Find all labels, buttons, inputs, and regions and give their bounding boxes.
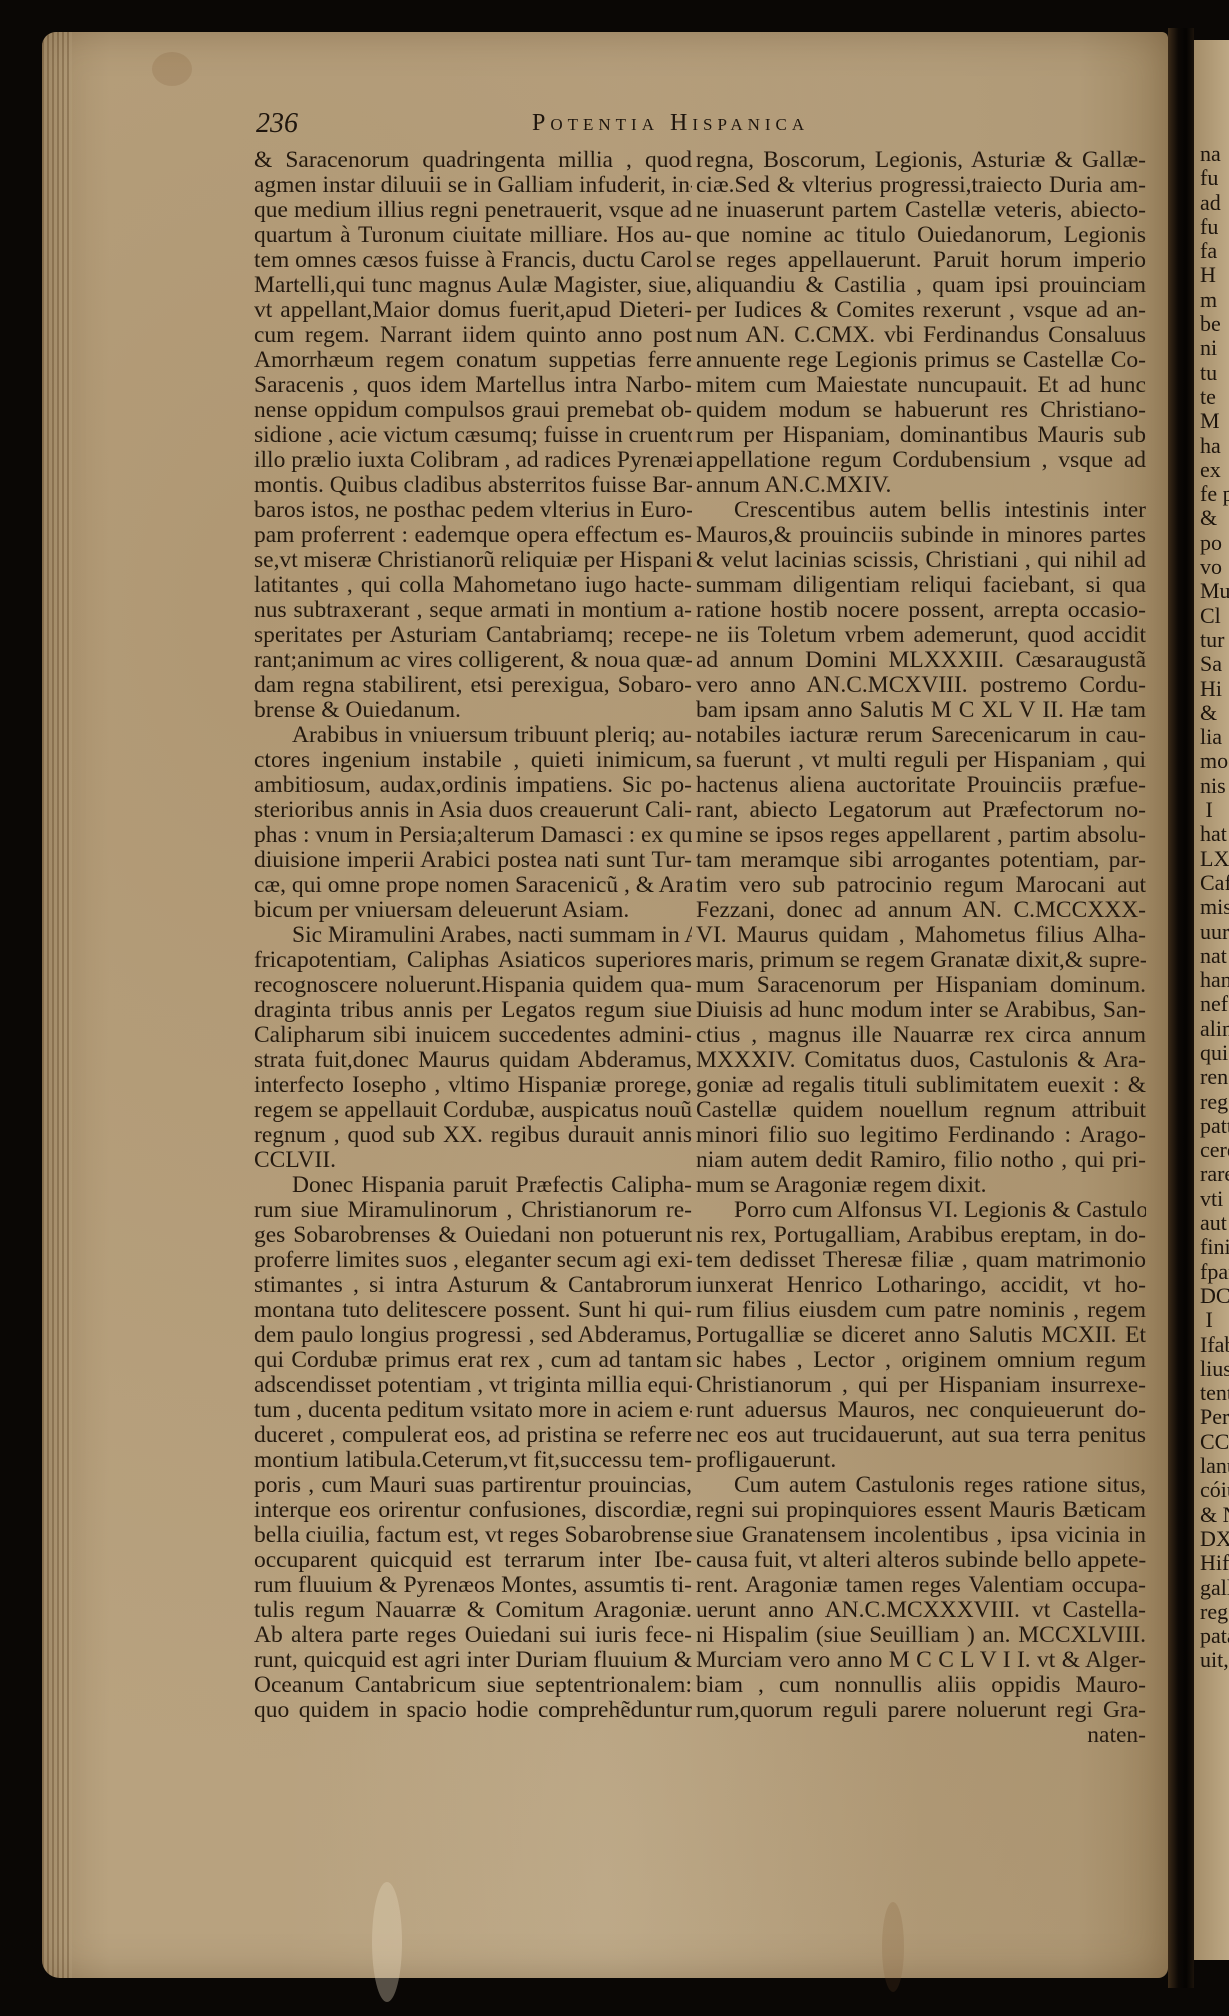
text-line: CCLVII.: [254, 1148, 692, 1173]
text-line: biam , cum nonnullis aliis oppidis Mauro…: [696, 1673, 1146, 1698]
text-line: sidione , acie victum cæsumq; fuisse in …: [254, 423, 692, 448]
text-line: diuisione imperii Arabici postea nati su…: [254, 848, 692, 873]
text-line: vt appellant,Maior domus fuerit,apud Die…: [254, 298, 692, 323]
text-line: occuparent quicquid est terrarum inter I…: [254, 1548, 692, 1573]
text-line: goniæ ad regalis tituli sublimitatem eue…: [696, 1073, 1146, 1098]
text-line: que medium illius regni penetrauerit, vs…: [254, 198, 692, 223]
text-line: proferre limites suos , eleganter secum …: [254, 1248, 692, 1273]
text-line: tem dedisset Theresæ filiæ , quam matrim…: [696, 1248, 1146, 1273]
text-line: uerunt anno AN.C.MCXXXVIII. vt Castella-: [696, 1598, 1146, 1623]
text-line: montana tuto delitescere possent. Sunt h…: [254, 1298, 692, 1323]
text-line: bicum per vniuersam deleuerunt Asiam.: [254, 898, 692, 923]
text-line: ni Hispalim (siue Seuilliam ) an. MCCXLV…: [696, 1623, 1146, 1648]
text-line: montis. Quibus cladibus absterritos fuis…: [254, 473, 692, 498]
left-text-column: & Saracenorum quadringenta millia , quod…: [254, 148, 692, 1723]
text-line: illo prælio iuxta Colibram , ad radices …: [254, 448, 692, 473]
text-line: sterioribus annis in Asia duos creauerun…: [254, 798, 692, 823]
text-line: tum , ducenta peditum vsitato more in ac…: [254, 1398, 692, 1423]
text-line: ges Sobarobrenses & Ouiedani non potueru…: [254, 1223, 692, 1248]
text-line: bam ipsam anno Salutis M C XL V II. Hæ t…: [696, 698, 1146, 723]
text-line: ctius , magnus ille Nauarræ rex circa an…: [696, 1023, 1146, 1048]
text-line: mum Saracenorum per Hispaniam dominum.: [696, 973, 1146, 998]
text-line: Arabibus in vniuersum tribuunt pleriq; a…: [254, 723, 692, 748]
text-line: maris, primum se regem Granatæ dixit,& s…: [696, 948, 1146, 973]
text-line: tam meramque sibi arrogantes potentiam, …: [696, 848, 1146, 873]
text-line: rum fluuium & Pyrenæos Montes, assumtis …: [254, 1573, 692, 1598]
text-line: Martelli,qui tunc magnus Aulæ Magister, …: [254, 273, 692, 298]
text-line: regem se appellauit Cordubæ, auspicatus …: [254, 1098, 692, 1123]
text-line: siue Granatensem incolentibus , ipsa vic…: [696, 1523, 1146, 1548]
text-line: mitem cum Maiestate nuncupauit. Et ad hu…: [696, 373, 1146, 398]
text-line: strata fuit,donec Maurus quidam Abderamu…: [254, 1048, 692, 1073]
text-line: Portugalliæ se diceret anno Salutis MCXI…: [696, 1323, 1146, 1348]
text-line: quidem modum se habuerunt res Christiano…: [696, 398, 1146, 423]
right-text-column: regna, Boscorum, Legionis, Asturiæ & Gal…: [696, 148, 1146, 1748]
page-edges: [42, 32, 72, 1978]
text-line: poris , cum Mauri suas partirentur proui…: [254, 1473, 692, 1498]
text-line: recognoscere noluerunt.Hispania quidem q…: [254, 973, 692, 998]
paper-stain: [882, 1902, 904, 1992]
text-line: draginta tribus annis per Legatos regum …: [254, 998, 692, 1023]
text-line: duceret , compulerat eos, ad pristina se…: [254, 1423, 692, 1448]
text-line: hactenus aliena auctoritate Prouinciis p…: [696, 773, 1146, 798]
text-line: dam regna stabilirent, etsi perexigua, S…: [254, 673, 692, 698]
adjacent-page-fragment: na fu ad fu fa H m be ni tu te M ha ex f…: [1194, 40, 1229, 1960]
text-line: ad annum Domini MLXXXIII. Cæsaraugustã: [696, 648, 1146, 673]
text-line: cæ, qui omne prope nomen Saracenicũ , & …: [254, 873, 692, 898]
text-line: ctores ingenium instabile , quieti inimi…: [254, 748, 692, 773]
text-line: ne inuaserunt partem Castellæ veteris, a…: [696, 198, 1146, 223]
text-line: ambitiosum, audax,ordinis impatiens. Sic…: [254, 773, 692, 798]
text-line: cum regem. Narrant iidem quinto anno pos…: [254, 323, 692, 348]
paper-stain: [152, 52, 192, 86]
text-line: profligauerunt.: [696, 1448, 1146, 1473]
text-line: adscendisset potentiam , vt triginta mil…: [254, 1373, 692, 1398]
text-line: Crescentibus autem bellis intestinis int…: [696, 498, 1146, 523]
text-line: latitantes , qui colla Mahometano iugo h…: [254, 573, 692, 598]
text-line: ciæ.Sed & vlterius progressi,traiecto Du…: [696, 173, 1146, 198]
text-line: aliquandiu & Castilia , quam ipsi prouin…: [696, 273, 1146, 298]
text-line: tim vero sub patrocinio regum Marocani a…: [696, 873, 1146, 898]
text-line: tulis regum Nauarræ & Comitum Aragoniæ.: [254, 1598, 692, 1623]
text-line: interque eos orirentur confusiones, disc…: [254, 1498, 692, 1523]
text-line: minori filio suo legitimo Ferdinando : A…: [696, 1123, 1146, 1148]
text-line: per Iudices & Comites rexerunt , vsque a…: [696, 298, 1146, 323]
text-line: nis rex, Portugalliam, Arabibus ereptam,…: [696, 1223, 1146, 1248]
text-line: mine se ipsos reges appellarent , partim…: [696, 823, 1146, 848]
text-line: Christianorum , qui per Hispaniam insurr…: [696, 1373, 1146, 1398]
text-line: Cum autem Castulonis reges ratione situs…: [696, 1473, 1146, 1498]
text-line: sic habes , Lector , originem omnium reg…: [696, 1348, 1146, 1373]
text-line: causa fuit, vt alteri alteros subinde be…: [696, 1548, 1146, 1573]
text-line: annuente rege Legionis primus se Castell…: [696, 348, 1146, 373]
text-line: Ab altera parte reges Ouiedani sui iuris…: [254, 1623, 692, 1648]
text-line: stimantes , si intra Asturum & Cantabror…: [254, 1273, 692, 1298]
text-line: iunxerat Henrico Lotharingo, accidit, vt…: [696, 1273, 1146, 1298]
text-line: quo quidem in spacio hodie comprehẽduntu…: [254, 1698, 692, 1723]
text-line: VI. Maurus quidam , Mahometus filius Alh…: [696, 923, 1146, 948]
text-line: tem omnes cæsos fuisse à Francis, ductu …: [254, 248, 692, 273]
text-line: Fezzani, donec ad annum AN. C.MCCXXX-: [696, 898, 1146, 923]
text-line: rum filius eiusdem cum patre nominis , r…: [696, 1298, 1146, 1323]
text-line: MXXXIV. Comitatus duos, Castulonis & Ara…: [696, 1048, 1146, 1073]
text-line: baros istos, ne posthac pedem vlterius i…: [254, 498, 692, 523]
text-line: num AN. C.CMX. vbi Ferdinandus Consaluus: [696, 323, 1146, 348]
text-line: Diuisis ad hunc modum inter se Arabibus,…: [696, 998, 1146, 1023]
book-gutter: [1168, 28, 1194, 1988]
text-line: fricapotentiam, Caliphas Asiaticos super…: [254, 948, 692, 973]
text-line: regna, Boscorum, Legionis, Asturiæ & Gal…: [696, 148, 1146, 173]
text-line: speritates per Asturiam Cantabriamq; rec…: [254, 623, 692, 648]
text-line: Castellæ quidem nouellum regnum attribui…: [696, 1098, 1146, 1123]
text-line: bella ciuilia, factum est, vt reges Soba…: [254, 1523, 692, 1548]
page-number: 236: [256, 108, 298, 140]
text-line: rant, abiecto Legatorum aut Præfectorum …: [696, 798, 1146, 823]
text-line: ne iis Toletum vrbem ademerunt, quod acc…: [696, 623, 1146, 648]
text-line: Mauros,& prouinciis subinde in minores p…: [696, 523, 1146, 548]
text-line: dem paulo longius progressi , sed Abdera…: [254, 1323, 692, 1348]
text-line: mum se Aragoniæ regem dixit.: [696, 1173, 1146, 1198]
adjacent-page-text: na fu ad fu fa H m be ni tu te M ha ex f…: [1200, 142, 1229, 1673]
text-line: rum per Hispaniam, dominantibus Mauris s…: [696, 423, 1146, 448]
text-line: runt aduersus Mauros, nec conquieuerunt …: [696, 1398, 1146, 1423]
text-line: niam autem dedit Ramiro, filio notho , q…: [696, 1148, 1146, 1173]
text-line: nec eos aut trucidauerunt, aut sua terra…: [696, 1423, 1146, 1448]
text-line: rum siue Miramulinorum , Christianorum r…: [254, 1198, 692, 1223]
text-line: appellatione regum Cordubensium , vsque …: [696, 448, 1146, 473]
text-line: que nomine ac titulo Ouiedanorum, Legion…: [696, 223, 1146, 248]
paper-stain: [372, 1882, 402, 2002]
text-line: notabiles iacturæ rerum Sarecenicarum in…: [696, 723, 1146, 748]
text-line: interfecto Iosepho , vltimo Hispaniæ pro…: [254, 1073, 692, 1098]
text-line: Saracenis , quos idem Martellus intra Na…: [254, 373, 692, 398]
text-line: Porro cum Alfonsus VI. Legionis & Castul…: [696, 1198, 1146, 1223]
text-line: ratione hostib nocere possent, arrepta o…: [696, 598, 1146, 623]
text-line: vero anno AN.C.MCXVIII. postremo Cordu-: [696, 673, 1146, 698]
text-line: qui Cordubæ primus erat rex , cum ad tan…: [254, 1348, 692, 1373]
text-line: regnum , quod sub XX. regibus durauit an…: [254, 1123, 692, 1148]
text-line: quartum à Turonum ciuitate milliare. Hos…: [254, 223, 692, 248]
text-line: runt, quicquid est agri inter Duriam flu…: [254, 1648, 692, 1673]
text-line: Oceanum Cantabricum siue septentrionalem…: [254, 1673, 692, 1698]
catchword: naten-: [696, 1723, 1146, 1748]
text-line: & velut lacinias scissis, Christiani , q…: [696, 548, 1146, 573]
book-scan: na fu ad fu fa H m be ni tu te M ha ex f…: [0, 0, 1229, 2016]
text-line: se reges appellauerunt. Paruit horum imp…: [696, 248, 1146, 273]
text-line: regni sui propinquiores essent Mauris Bæ…: [696, 1498, 1146, 1523]
text-line: nus subtraxerant , seque armati in monti…: [254, 598, 692, 623]
text-line: rum,quorum reguli parere noluerunt regi …: [696, 1698, 1146, 1723]
text-line: rent. Aragoniæ tamen reges Valentiam occ…: [696, 1573, 1146, 1598]
text-line: Calipharum sibi inuicem succedentes admi…: [254, 1023, 692, 1048]
text-line: brense & Ouiedanum.: [254, 698, 692, 723]
text-line: & Saracenorum quadringenta millia , quod: [254, 148, 692, 173]
text-line: sa fuerunt , vt multi reguli per Hispani…: [696, 748, 1146, 773]
running-title: Potentia Hispanica: [532, 110, 809, 137]
text-line: rant;animum ac vires colligerent, & noua…: [254, 648, 692, 673]
text-line: summam diligentiam reliqui faciebant, si…: [696, 573, 1146, 598]
text-line: Amorrhæum regem conatum suppetias ferre: [254, 348, 692, 373]
text-line: Donec Hispania paruit Præfectis Calipha-: [254, 1173, 692, 1198]
running-head: 236 Potentia Hispanica: [256, 108, 876, 142]
text-line: agmen instar diluuii se in Galliam infud…: [254, 173, 692, 198]
text-line: se,vt miseræ Christianorũ reliquiæ per H…: [254, 548, 692, 573]
text-line: annum AN.C.MXIV.: [696, 473, 1146, 498]
text-line: phas : vnum in Persia;alterum Damasci : …: [254, 823, 692, 848]
text-line: montium latibula.Ceterum,vt fit,successu…: [254, 1448, 692, 1473]
text-line: nense oppidum compulsos graui premebat o…: [254, 398, 692, 423]
text-line: Murciam vero anno M C C L V I I. vt & Al…: [696, 1648, 1146, 1673]
text-line: Sic Miramulini Arabes, nacti summam in A…: [254, 923, 692, 948]
text-line: pam proferrent : eademque opera effectum…: [254, 523, 692, 548]
